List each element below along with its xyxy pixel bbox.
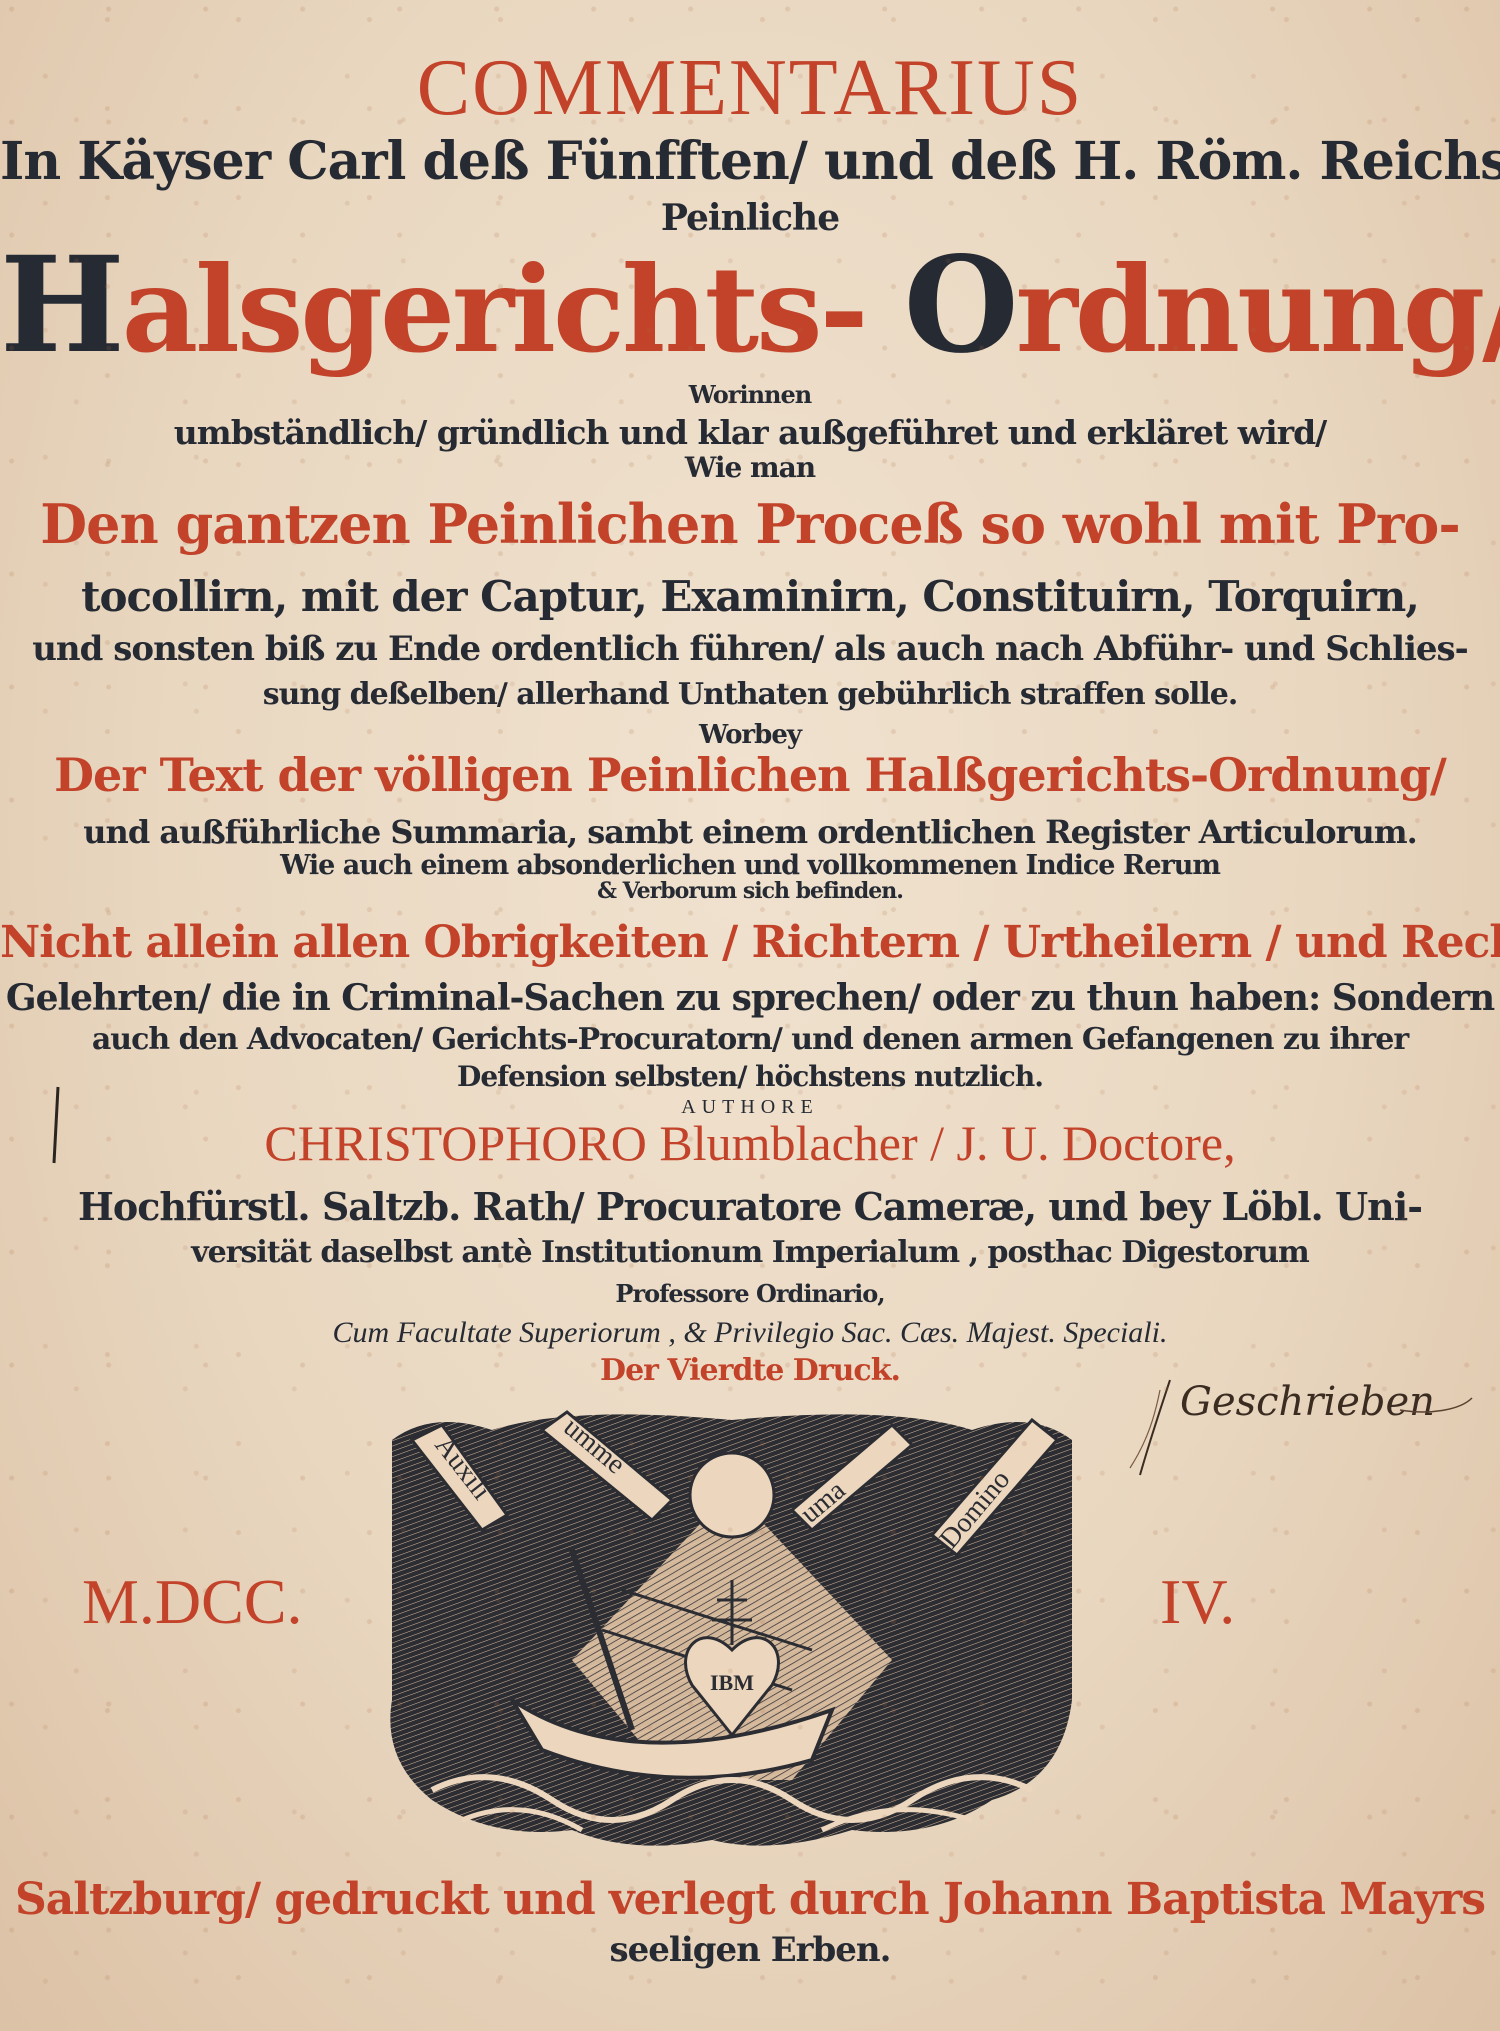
imprint-line: seeligen Erben.: [0, 1933, 1500, 1967]
text-line: Nicht allein allen Obrigkeiten / Richter…: [0, 921, 1500, 965]
text-line: und sonsten biß zu Ende ordentlich führe…: [0, 632, 1500, 666]
text-line: Den gantzen Peinlichen Proceß so wohl mi…: [0, 497, 1500, 551]
book-title: COMMENTARIUS: [0, 48, 1500, 128]
main-title-part: rdnung/: [1016, 240, 1500, 379]
decorated-initial: H: [0, 228, 122, 383]
main-title-part: alsgerichts-: [122, 240, 866, 379]
handwritten-note: Geschrieben: [1100, 1370, 1480, 1480]
text-line: Hochfürstl. Saltzb. Rath/ Procuratore Ca…: [0, 1188, 1500, 1226]
text-line: Der Text der völligen Peinlichen Halßger…: [0, 752, 1500, 798]
svg-text:IBM: IBM: [710, 1670, 754, 1695]
title-page: COMMENTARIUS In Käyser Carl deß Fünfften…: [0, 0, 1500, 2031]
decorated-initial: O: [904, 228, 1016, 383]
svg-text:Geschrieben: Geschrieben: [1180, 1379, 1435, 1425]
text-line: & Verborum sich befinden.: [0, 880, 1500, 902]
author-label: AUTHORE: [0, 1097, 1500, 1117]
text-line: Worinnen: [0, 383, 1500, 407]
printer-device-woodcut: Auxili umme uma Domino IBM: [372, 1400, 1092, 1860]
text-line: Worbey: [0, 722, 1500, 748]
subtitle-line: In Käyser Carl deß Fünfften/ und deß H. …: [0, 136, 1500, 188]
year-left: M.DCC.: [82, 1565, 303, 1639]
text-line: versität daselbst antè Institutionum Imp…: [0, 1238, 1500, 1268]
text-line: Defension selbsten/ höchstens nutzlich.: [0, 1063, 1500, 1091]
text-line: und außführliche Summaria, sambt einem o…: [0, 816, 1500, 848]
subtitle-line: Peinliche: [0, 200, 1500, 236]
imprint-line: Saltzburg/ gedruckt und verlegt durch Jo…: [0, 1878, 1500, 1922]
year-right: IV.: [1160, 1565, 1235, 1639]
text-line: umbständlich/ gründlich und klar außgefü…: [0, 416, 1500, 449]
author-name: CHRISTOPHORO Blumblacher / J. U. Doctore…: [0, 1118, 1500, 1168]
privilege-line: Cum Facultate Superiorum , & Privilegio …: [0, 1318, 1500, 1348]
text-line: Wie man: [0, 454, 1500, 482]
margin-pen-mark: [50, 1085, 62, 1165]
text-line: Gelehrten/ die in Criminal-Sachen zu spr…: [0, 980, 1500, 1016]
text-line: Wie auch einem absonderlichen und vollko…: [0, 852, 1500, 879]
text-line: Professore Ordinario,: [0, 1282, 1500, 1306]
text-line: tocollirn, mit der Captur, Examinirn, Co…: [0, 576, 1500, 618]
text-line: auch den Advocaten/ Gerichts-Procuratorn…: [0, 1025, 1500, 1055]
text-line: sung deßelben/ allerhand Unthaten gebühr…: [0, 680, 1500, 710]
main-title: Halsgerichts- Ordnung/: [0, 240, 1500, 372]
